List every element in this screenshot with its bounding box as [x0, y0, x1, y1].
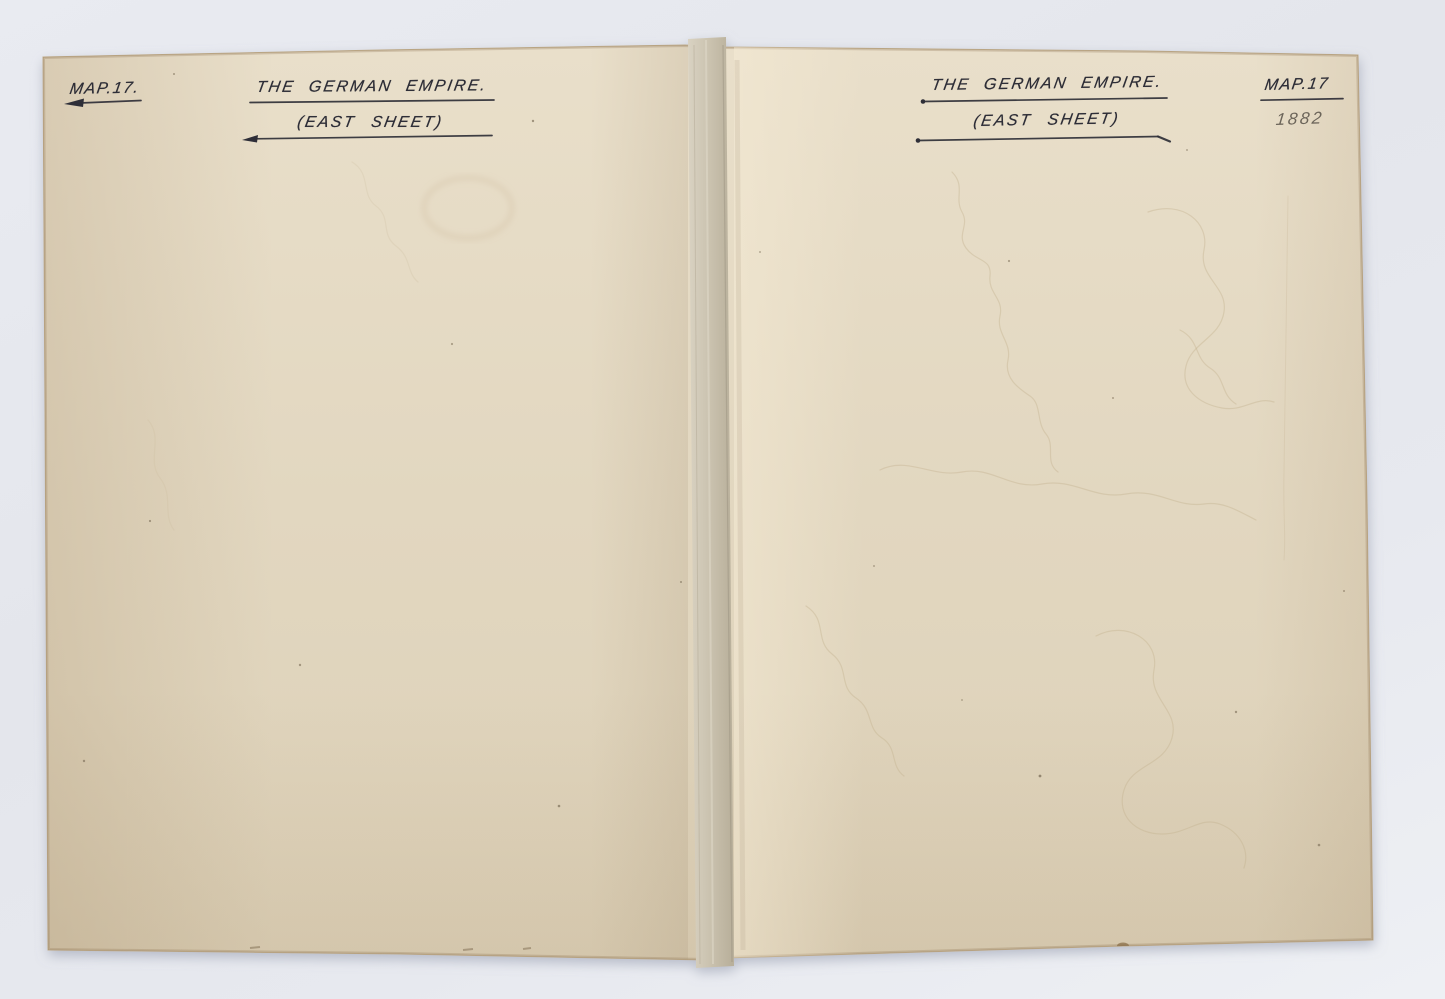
- right-map-number: MAP.17: [1263, 75, 1330, 95]
- right-page-subtitle: (EAST SHEET): [972, 110, 1121, 131]
- map-sheet-graphic: [0, 0, 1445, 999]
- right-page-title: THE GERMAN EMPIRE.: [930, 74, 1164, 95]
- left-page-subtitle: (EAST SHEET): [296, 114, 445, 132]
- year-pencil-annotation: 1882: [1275, 108, 1325, 130]
- photo-backdrop: MAP.17. THE GERMAN EMPIRE. (EAST SHEET) …: [0, 0, 1445, 999]
- left-page-title: THE GERMAN EMPIRE.: [255, 77, 489, 97]
- left-map-number: MAP.17.: [68, 80, 141, 99]
